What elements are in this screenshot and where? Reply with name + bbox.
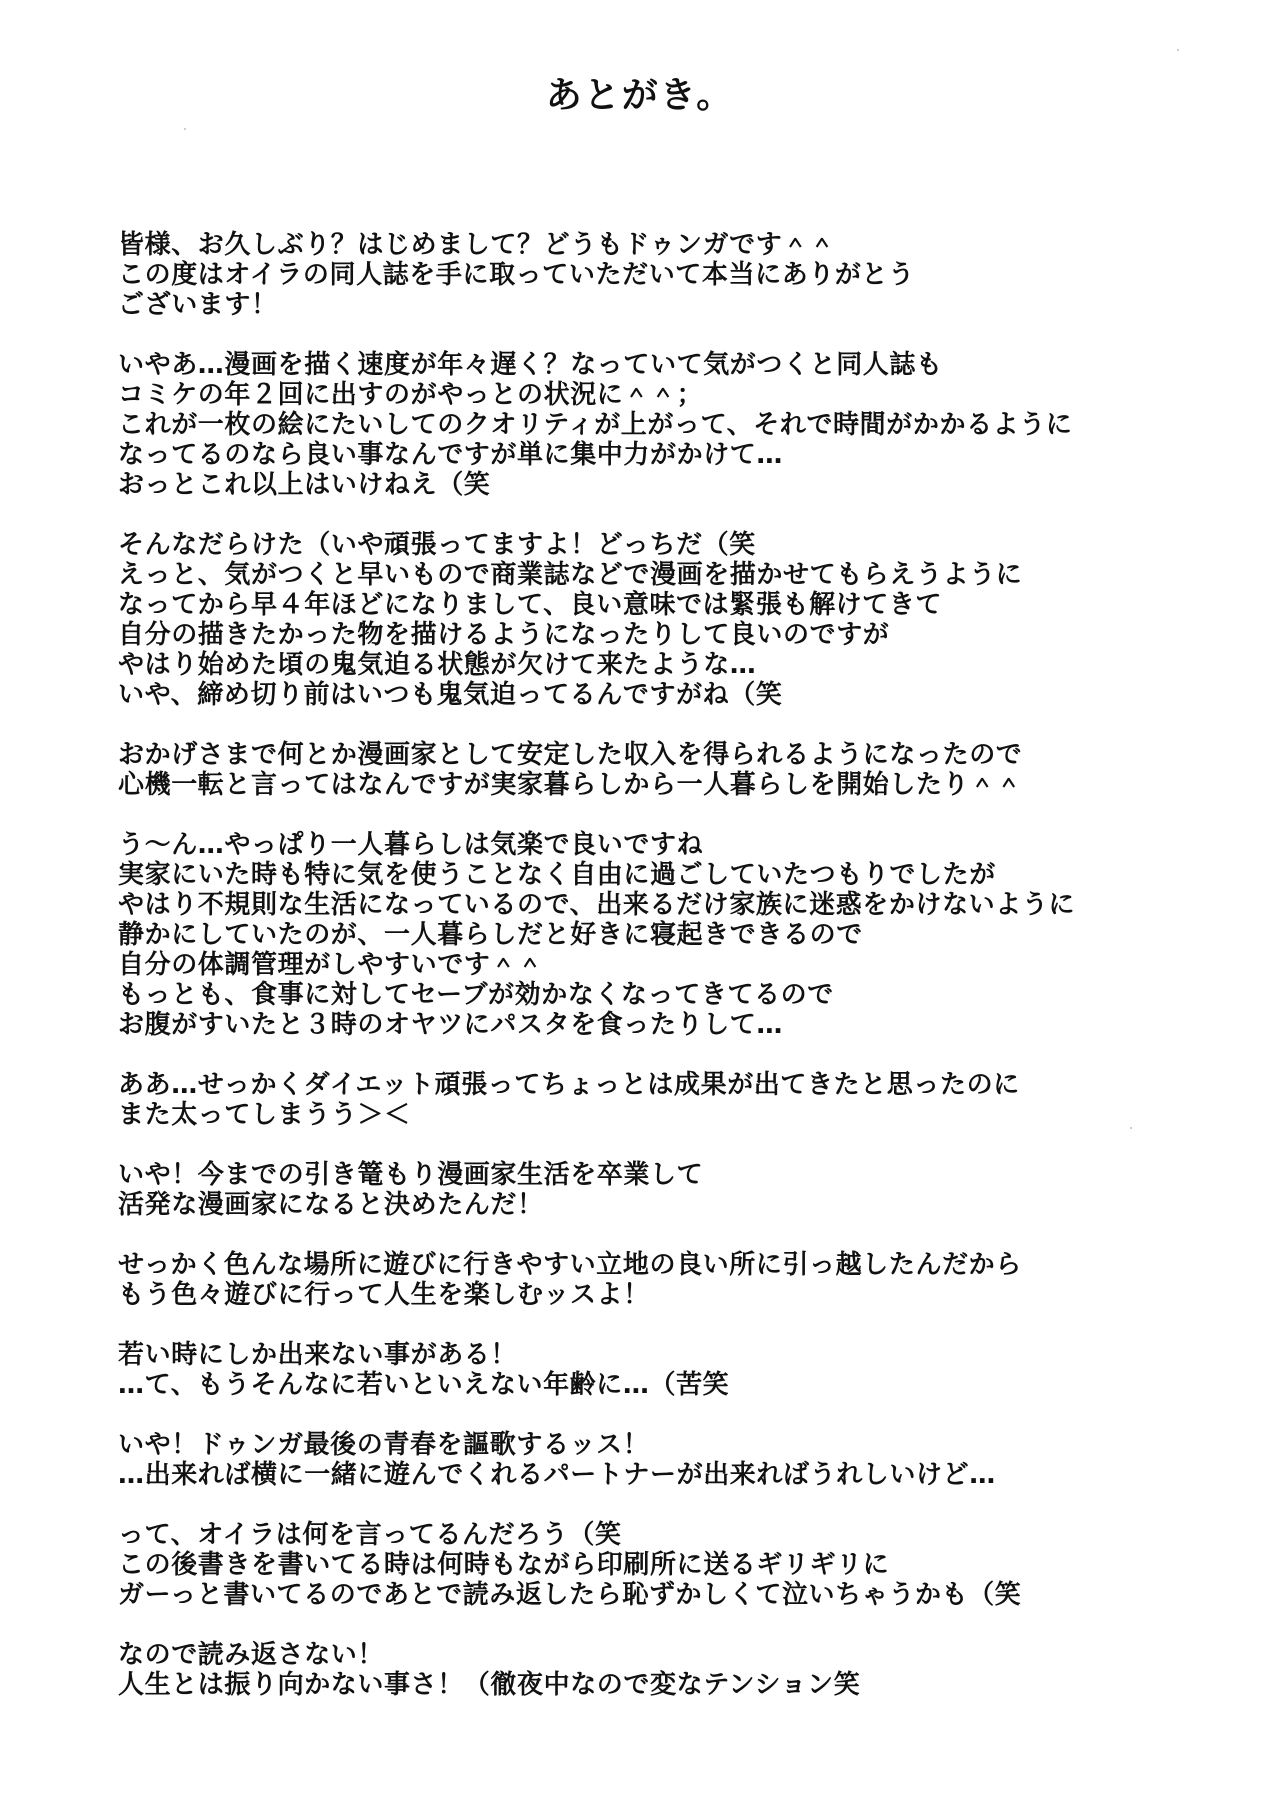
text-line: いやあ…漫画を描く速度が年々遅く？なっていて気がつくと同人誌も [118, 350, 1238, 380]
text-line: なので読み返さない！ [118, 1640, 1238, 1670]
text-line: …出来れば横に一緒に遊んでくれるパートナーが出来ればうれしいけど… [118, 1460, 1238, 1490]
text-line: なってから早４年ほどになりまして、良い意味では緊張も解けてきて [118, 590, 1238, 620]
paragraph-4: おかげさまで何とか漫画家として安定した収入を得られるようになったので 心機一転と… [118, 740, 1238, 800]
text-line: 自分の描きたかった物を描けるようになったりして良いのですが [118, 620, 1238, 650]
paragraph-6: ああ…せっかくダイエット頑張ってちょっとは成果が出てきたと思ったのに また太って… [118, 1070, 1238, 1130]
paragraph-7: いや！今までの引き篭もり漫画家生活を卒業して 活発な漫画家になると決めたんだ！ [118, 1160, 1238, 1220]
text-line: これが一枚の絵にたいしてのクオリティが上がって、それで時間がかかるように [118, 410, 1238, 440]
paragraph-9: 若い時にしか出来ない事がある！ …て、もうそんなに若いといえない年齢に…（苦笑 [118, 1340, 1238, 1400]
paragraph-11: って、オイラは何を言ってるんだろう（笑 この後書きを書いてる時は何時もながら印刷… [118, 1520, 1238, 1610]
text-line: なってるのなら良い事なんですが単に集中力がかけて… [118, 440, 1238, 470]
paragraph-5: う～ん…やっぱり一人暮らしは気楽で良いですね 実家にいた時も特に気を使うことなく… [118, 830, 1238, 1040]
paragraph-2: いやあ…漫画を描く速度が年々遅く？なっていて気がつくと同人誌も コミケの年２回に… [118, 350, 1238, 500]
text-line: 静かにしていたのが、一人暮らしだと好きに寝起きできるので [118, 920, 1238, 950]
text-line: おかげさまで何とか漫画家として安定した収入を得られるようになったので [118, 740, 1238, 770]
scan-speck [184, 128, 186, 130]
text-line: ございます！ [118, 290, 1238, 320]
text-line: コミケの年２回に出すのがやっとの状況に＾＾； [118, 380, 1238, 410]
text-line: また太ってしまうう＞＜ [118, 1100, 1238, 1130]
scan-speck [1177, 49, 1179, 51]
text-line: 皆様、お久しぶり？はじめまして？どうもドゥンガです＾＾ [118, 230, 1238, 260]
text-line: やはり始めた頃の鬼気迫る状態が欠けて来たような… [118, 650, 1238, 680]
text-line: 心機一転と言ってはなんですが実家暮らしから一人暮らしを開始したり＾＾ [118, 770, 1238, 800]
paragraph-8: せっかく色んな場所に遊びに行きやすい立地の良い所に引っ越したんだから もう色々遊… [118, 1250, 1238, 1310]
paragraph-12: なので読み返さない！ 人生とは振り向かない事さ！（徹夜中なので変なテンション笑 [118, 1640, 1238, 1700]
text-line: せっかく色んな場所に遊びに行きやすい立地の良い所に引っ越したんだから [118, 1250, 1238, 1280]
text-line: って、オイラは何を言ってるんだろう（笑 [118, 1520, 1238, 1550]
text-line: 若い時にしか出来ない事がある！ [118, 1340, 1238, 1370]
text-line: 実家にいた時も特に気を使うことなく自由に過ごしていたつもりでしたが [118, 860, 1238, 890]
text-line: ああ…せっかくダイエット頑張ってちょっとは成果が出てきたと思ったのに [118, 1070, 1238, 1100]
text-line: 自分の体調管理がしやすいです＾＾ [118, 950, 1238, 980]
text-line: この度はオイラの同人誌を手に取っていただいて本当にありがとう [118, 260, 1238, 290]
text-line: いや！ドゥンガ最後の青春を謳歌するッス！ [118, 1430, 1238, 1460]
text-line: おっとこれ以上はいけねえ（笑 [118, 470, 1238, 500]
text-line: 活発な漫画家になると決めたんだ！ [118, 1190, 1238, 1220]
text-line: もっとも、食事に対してセーブが効かなくなってきてるので [118, 980, 1238, 1010]
afterword-page: あとがき。 皆様、お久しぶり？はじめまして？どうもドゥンガです＾＾ この度はオイ… [0, 0, 1280, 1816]
text-line: いや、締め切り前はいつも鬼気迫ってるんですがね（笑 [118, 680, 1238, 710]
text-line: やはり不規則な生活になっているので、出来るだけ家族に迷惑をかけないように [118, 890, 1238, 920]
text-line: えっと、気がつくと早いもので商業誌などで漫画を描かせてもらえうように [118, 560, 1238, 590]
paragraph-1: 皆様、お久しぶり？はじめまして？どうもドゥンガです＾＾ この度はオイラの同人誌を… [118, 230, 1238, 320]
afterword-body: 皆様、お久しぶり？はじめまして？どうもドゥンガです＾＾ この度はオイラの同人誌を… [118, 230, 1238, 1700]
text-line: 人生とは振り向かない事さ！（徹夜中なので変なテンション笑 [118, 1670, 1238, 1700]
paragraph-3: そんなだらけた（いや頑張ってますよ！どっちだ（笑 えっと、気がつくと早いもので商… [118, 530, 1238, 710]
text-line: …て、もうそんなに若いといえない年齢に…（苦笑 [118, 1370, 1238, 1400]
text-line: う～ん…やっぱり一人暮らしは気楽で良いですね [118, 830, 1238, 860]
text-line: この後書きを書いてる時は何時もながら印刷所に送るギリギリに [118, 1550, 1238, 1580]
text-line: そんなだらけた（いや頑張ってますよ！どっちだ（笑 [118, 530, 1238, 560]
text-line: いや！今までの引き篭もり漫画家生活を卒業して [118, 1160, 1238, 1190]
text-line: ガーっと書いてるのであとで読み返したら恥ずかしくて泣いちゃうかも（笑 [118, 1580, 1238, 1610]
text-line: お腹がすいたと３時のオヤツにパスタを食ったりして… [118, 1010, 1238, 1040]
paragraph-10: いや！ドゥンガ最後の青春を謳歌するッス！ …出来れば横に一緒に遊んでくれるパート… [118, 1430, 1238, 1490]
text-line: もう色々遊びに行って人生を楽しむッスよ！ [118, 1280, 1238, 1310]
page-title: あとがき。 [0, 72, 1280, 120]
